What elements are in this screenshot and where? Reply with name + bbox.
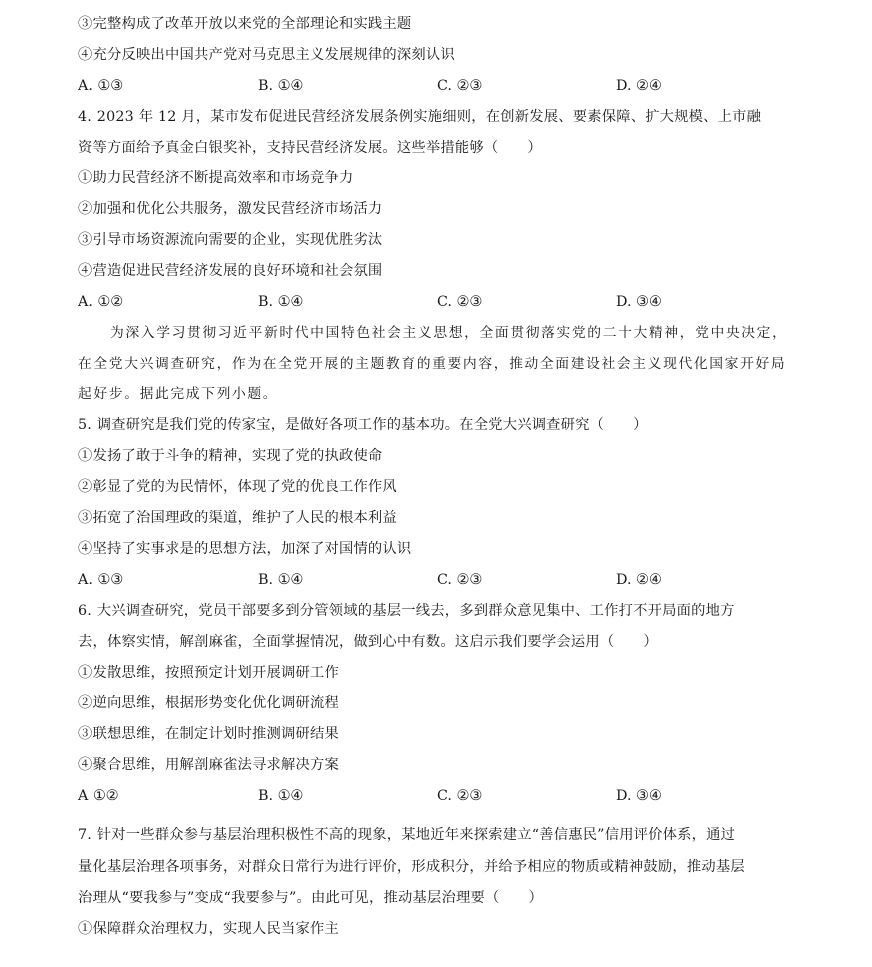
q4-option-c[interactable]: C. ②③ [437,292,482,312]
q5-statement-4: ④坚持了实事求是的思想方法，加深了对国情的认识 [78,539,788,559]
q7-stem-line-1: 7. 针对一些群众参与基层治理积极性不高的现象，某地近年来探索建立“善信惠民”信… [78,825,788,845]
q3-option-d[interactable]: D. ②④ [616,76,662,96]
q3-option-b[interactable]: B. ①④ [258,76,303,96]
q6-stem-line-2: 去，体察实情，解剖麻雀，全面掌握情况，做到心中有数。这启示我们要学会运用（ ） [78,632,788,652]
q4-statement-3: ③引导市场资源流向需要的企业，实现优胜劣汰 [78,230,788,250]
q5-options: A. ①③ B. ①④ C. ②③ D. ②④ [78,570,798,590]
q5-option-c[interactable]: C. ②③ [437,570,482,590]
q7-statement-1: ①保障群众治理权力，实现人民当家作主 [78,919,788,939]
q3-statement-3: ③完整构成了改革开放以来党的全部理论和实践主题 [78,14,788,34]
exam-page: ③完整构成了改革开放以来党的全部理论和实践主题 ④充分反映出中国共产党对马克思主… [0,0,872,967]
q3-option-a[interactable]: A. ①③ [78,76,123,96]
q5-statement-3: ③拓宽了治国理政的渠道，维护了人民的根本利益 [78,508,788,528]
q6-option-c[interactable]: C. ②③ [437,786,482,806]
q4-statement-4: ④营造促进民营经济发展的良好环境和社会氛围 [78,261,788,281]
passage-line-3: 起好步。据此完成下列小题。 [78,384,788,404]
q4-options: A. ①② B. ①④ C. ②③ D. ③④ [78,292,798,312]
q6-statement-4: ④聚合思维，用解剖麻雀法寻求解决方案 [78,755,788,775]
q5-statement-2: ②彰显了党的为民情怀，体现了党的优良工作作风 [78,477,788,497]
q4-stem-line-1: 4. 2023 年 12 月，某市发布促进民营经济发展条例实施细则，在创新发展、… [78,107,788,127]
q7-stem-line-2: 量化基层治理各项事务，对群众日常行为进行评价，形成积分，并给予相应的物质或精神鼓… [78,857,788,877]
q4-option-b[interactable]: B. ①④ [258,292,303,312]
q4-statement-2: ②加强和优化公共服务，激发民营经济市场活力 [78,199,788,219]
q3-option-c[interactable]: C. ②③ [437,76,482,96]
q6-option-b[interactable]: B. ①④ [258,786,303,806]
q5-option-a[interactable]: A. ①③ [78,570,123,590]
q6-options: A ①② B. ①④ C. ②③ D. ③④ [78,786,798,806]
passage-line-1: 为深入学习贯彻习近平新时代中国特色社会主义思想，全面贯彻落实党的二十大精神，党中… [110,323,820,343]
q3-options: A. ①③ B. ①④ C. ②③ D. ②④ [78,76,798,96]
q6-option-a[interactable]: A ①② [78,786,119,806]
q5-option-b[interactable]: B. ①④ [258,570,303,590]
q6-statement-1: ①发散思维，按照预定计划开展调研工作 [78,663,788,683]
q5-stem-line-1: 5. 调查研究是我们党的传家宝，是做好各项工作的基本功。在全党大兴调查研究（ ） [78,415,788,435]
passage-line-2: 在全党大兴调查研究，作为在全党开展的主题教育的重要内容，推动全面建设社会主义现代… [78,354,788,374]
q4-option-d[interactable]: D. ③④ [616,292,662,312]
q4-statement-1: ①助力民营经济不断提高效率和市场竞争力 [78,168,788,188]
q4-option-a[interactable]: A. ①② [78,292,123,312]
q6-statement-3: ③联想思维，在制定计划时推测调研结果 [78,724,788,744]
q6-statement-2: ②逆向思维，根据形势变化优化调研流程 [78,693,788,713]
q7-stem-line-3: 治理从“要我参与”变成“我要参与”。由此可见，推动基层治理要（ ） [78,888,788,908]
q5-statement-1: ①发扬了敢于斗争的精神，实现了党的执政使命 [78,446,788,466]
q6-option-d[interactable]: D. ③④ [616,786,662,806]
q3-statement-4: ④充分反映出中国共产党对马克思主义发展规律的深刻认识 [78,45,788,65]
q5-option-d[interactable]: D. ②④ [616,570,662,590]
q6-stem-line-1: 6. 大兴调查研究，党员干部要多到分管领域的基层一线去，多到群众意见集中、工作打… [78,601,788,621]
q4-stem-line-2: 资等方面给予真金白银奖补，支持民营经济发展。这些举措能够（ ） [78,138,788,158]
